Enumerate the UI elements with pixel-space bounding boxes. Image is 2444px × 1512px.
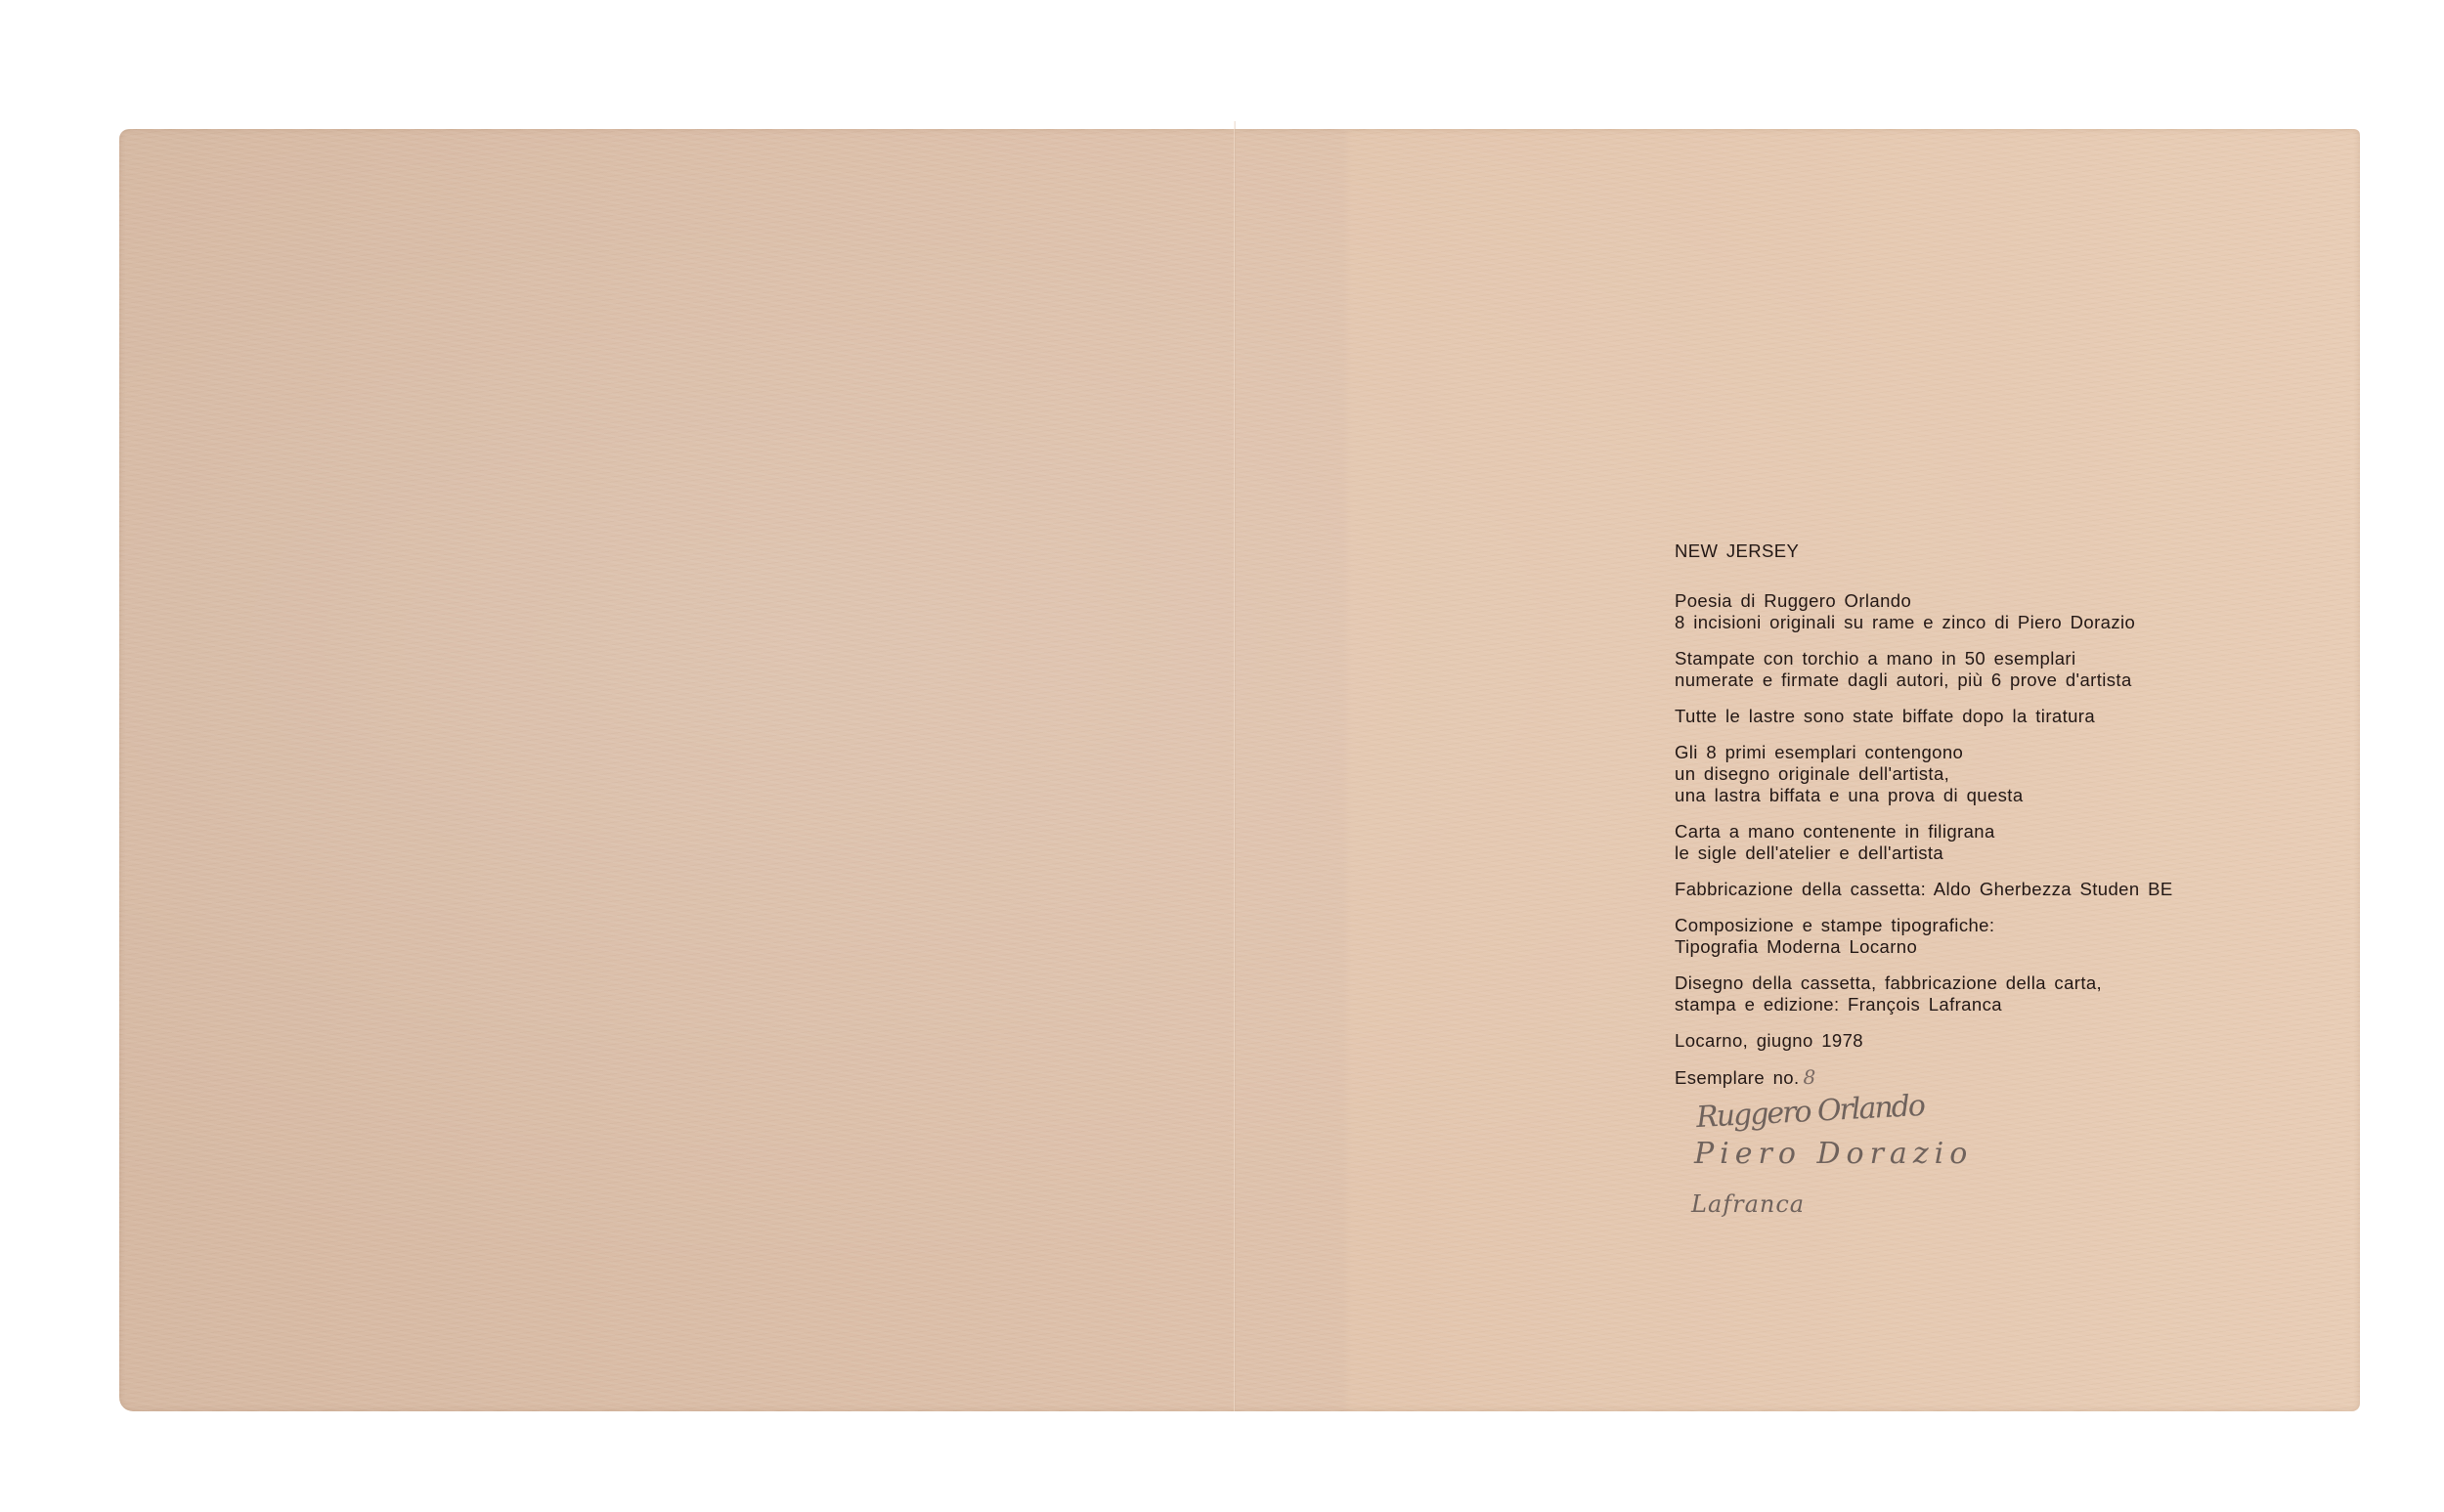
- text-line: Poesia di Ruggero Orlando: [1675, 590, 2281, 612]
- text-line: 8 incisioni originali su rame e zinco di…: [1675, 612, 2281, 633]
- center-fold: [1234, 121, 1236, 1411]
- text-line: Tipografia Moderna Locarno: [1675, 936, 2281, 958]
- text-line: numerate e firmate dagli autori, più 6 p…: [1675, 670, 2281, 691]
- colophon: NEW JERSEY Poesia di Ruggero Orlando 8 i…: [1675, 540, 2281, 1103]
- text-line: un disegno originale dell'artista,: [1675, 763, 2281, 785]
- paragraph-paper: Carta a mano contenente in filigrana le …: [1675, 821, 2281, 864]
- colophon-title: NEW JERSEY: [1675, 540, 2281, 562]
- text-line: stampa e edizione: François Lafranca: [1675, 994, 2281, 1015]
- signature-lafranca: Lafranca: [1691, 1190, 1805, 1218]
- paragraph-place-date: Locarno, giugno 1978: [1675, 1030, 2281, 1052]
- text-line: Stampate con torchio a mano in 50 esempl…: [1675, 648, 2281, 670]
- text-line: Gli 8 primi esemplari contengono: [1675, 742, 2281, 763]
- text-line: Composizione e stampe tipografiche:: [1675, 915, 2281, 936]
- text-line: una lastra biffata e una prova di questa: [1675, 785, 2281, 806]
- paragraph-typesetting: Composizione e stampe tipografiche: Tipo…: [1675, 915, 2281, 958]
- text-line: Disegno della cassetta, fabbricazione de…: [1675, 972, 2281, 994]
- paragraph-first-copies: Gli 8 primi esemplari contengono un dise…: [1675, 742, 2281, 806]
- paragraph-credits: Poesia di Ruggero Orlando 8 incisioni or…: [1675, 590, 2281, 633]
- paragraph-box: Fabbricazione della cassetta: Aldo Gherb…: [1675, 879, 2281, 900]
- text-line: Carta a mano contenente in filigrana: [1675, 821, 2281, 842]
- signature-dorazio: Piero Dorazio: [1694, 1137, 1973, 1171]
- paragraph-printing: Stampate con torchio a mano in 50 esempl…: [1675, 648, 2281, 691]
- text-line: Locarno, giugno 1978: [1675, 1030, 2281, 1052]
- text-line: Fabbricazione della cassetta: Aldo Gherb…: [1675, 879, 2281, 900]
- text-line: le sigle dell'atelier e dell'artista: [1675, 842, 2281, 864]
- paragraph-design: Disegno della cassetta, fabbricazione de…: [1675, 972, 2281, 1015]
- copy-number-line: Esemplare no.8: [1675, 1066, 2281, 1089]
- paragraph-plates: Tutte le lastre sono state biffate dopo …: [1675, 706, 2281, 727]
- copy-number: 8: [1803, 1065, 1815, 1089]
- text-line: Tutte le lastre sono state biffate dopo …: [1675, 706, 2281, 727]
- copy-label: Esemplare no.: [1675, 1067, 1799, 1088]
